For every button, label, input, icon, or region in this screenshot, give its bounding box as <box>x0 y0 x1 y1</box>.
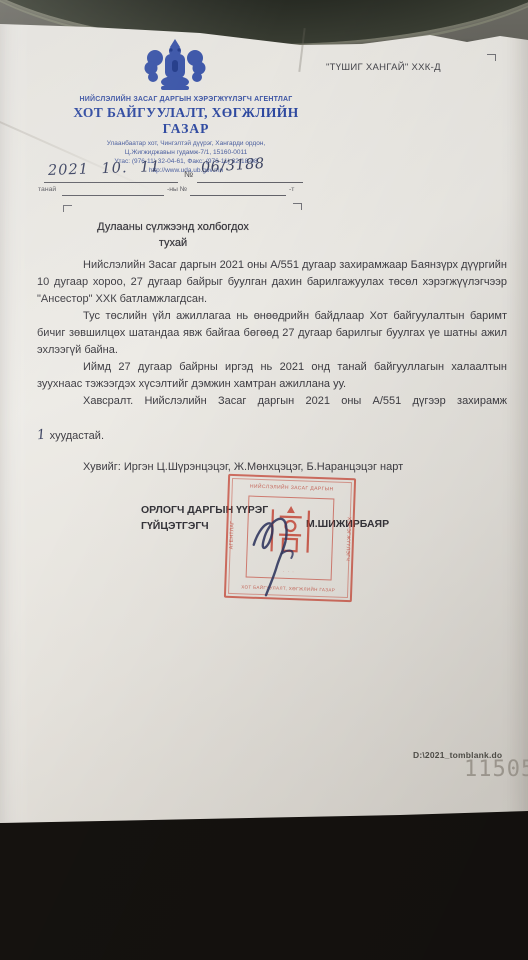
subject-text-line2: тухай <box>66 235 280 251</box>
attachment-paragraph: Хавсралт. Нийслэлийн Засаг даргын 2021 о… <box>37 393 507 445</box>
body-paragraph-3: Иймд 27 дугаар байрны иргэд нь 2021 онд … <box>37 359 507 393</box>
attachment-pages-text: хуудастай. <box>50 430 104 442</box>
registry-number: 11505 <box>464 757 528 782</box>
copies-paragraph: Хувийг: Иргэн Ц.Шүрэнцэцэг, Ж.Мөнхцэцэг,… <box>37 459 507 476</box>
attachment-line2: 1хуудастай. <box>37 427 507 445</box>
recipient-name: "ТҮШИГ ХАНГАЙ" ХХК-Д <box>326 62 441 73</box>
number-symbol: № <box>184 169 193 179</box>
subject-line: Дулааны сүлжээнд холбогдох тухай <box>66 219 280 251</box>
photo-of-document: НИЙСЛЭЛИЙН ЗАСАГ ДАРГЫН ХЭРЭГЖҮҮЛЭГЧ АГЕ… <box>0 0 528 960</box>
corner-mark <box>487 54 496 61</box>
handwritten-page-count: 1 <box>36 427 46 445</box>
number-line <box>197 181 303 183</box>
handwritten-signature <box>236 492 344 600</box>
date-line <box>44 181 178 183</box>
reference-suffix: -т <box>289 186 294 193</box>
agency-name: НИЙСЛЭЛИЙН ЗАСАГ ДАРГЫН ХЭРЭГЖҮҮЛЭГЧ АГЕ… <box>36 96 336 103</box>
official-stamp: НИЙСЛЭЛИЙН ЗАСАГ ДАРГЫН АГЕНТЛАГ ХЭРЭГЖҮ… <box>224 474 356 602</box>
body-paragraph-2: Тус төслийн үйл ажиллагаа нь өнөөдрийн б… <box>37 308 507 359</box>
attachment-line1: Хавсралт. Нийслэлийн Засаг даргын 2021 о… <box>37 393 507 427</box>
letter-body: Нийслэлийн Засаг даргын 2021 оны А/551 д… <box>37 257 507 476</box>
reference-prefix: танай <box>38 186 56 193</box>
corner-mark <box>293 203 302 210</box>
subject-text-line1: Дулааны сүлжээнд холбогдох <box>66 219 280 235</box>
organization-name-line1: ХОТ БАЙГУУЛАЛТ, ХӨГЖЛИЙН <box>36 105 336 121</box>
reference-line <box>190 194 286 196</box>
corner-mark <box>63 205 72 212</box>
khangarid-crest-icon <box>141 36 209 98</box>
reference-line <box>62 194 164 196</box>
organization-name-line2: ГАЗАР <box>36 121 336 137</box>
reference-middle: -ны № <box>167 186 187 193</box>
body-paragraph-1: Нийслэлийн Засаг даргын 2021 оны А/551 д… <box>37 257 507 308</box>
address-line: Ц.Жигжиджавын гудамж-7/1, 15160-0011 <box>36 148 336 157</box>
address-line: Улаанбаатар хот, Чингэлтэй дүүрэг, Ханга… <box>36 139 336 148</box>
